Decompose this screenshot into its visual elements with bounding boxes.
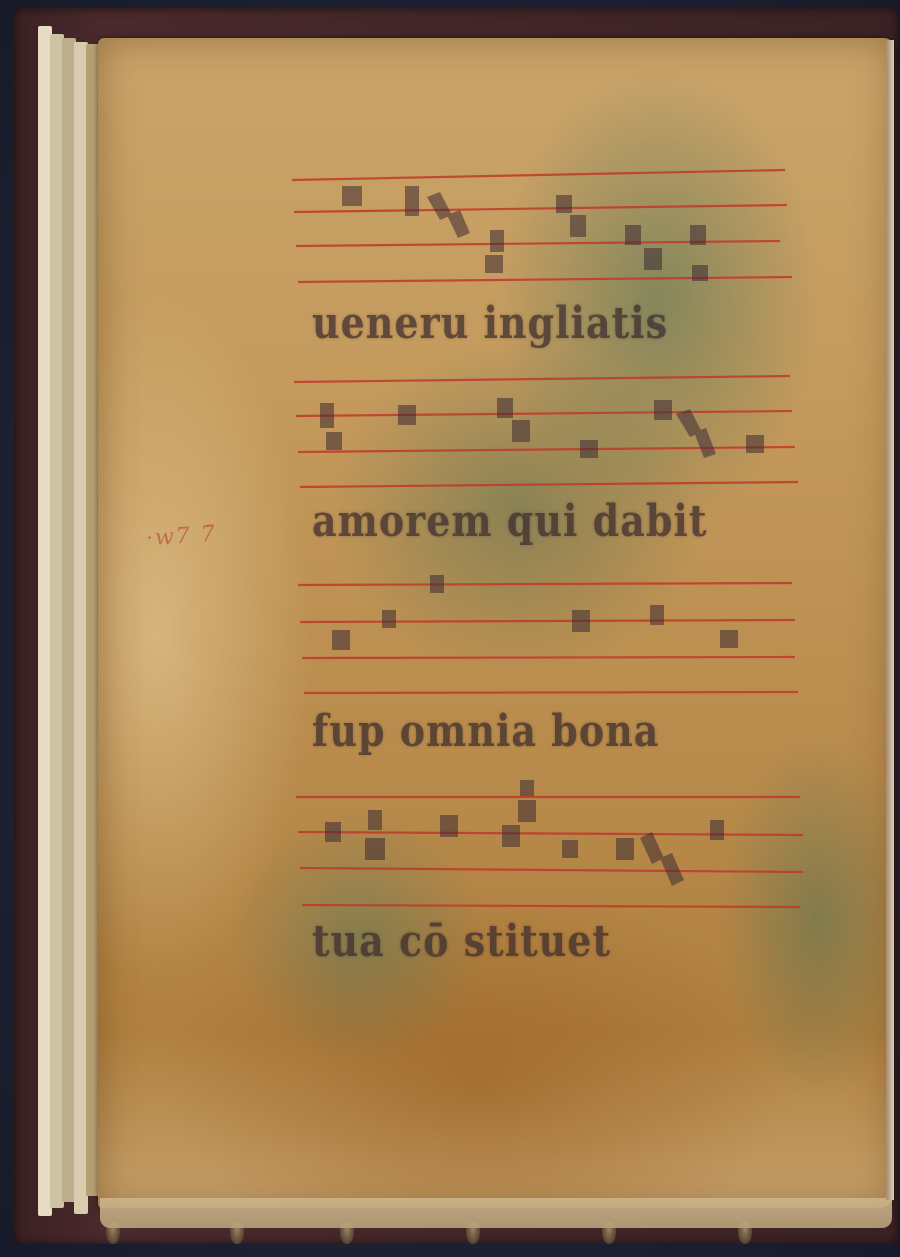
- leaf-bottom-edge: [100, 1198, 892, 1228]
- leaf-right-edge: [886, 40, 894, 1200]
- lyric-line-3: fup omnia bona: [312, 705, 659, 757]
- lyric-line-1: ueneru ingliatis: [312, 297, 668, 349]
- lyric-line-2: amorem qui dabit: [312, 495, 707, 547]
- parchment-leaf: [98, 38, 894, 1208]
- margin-annotation: ·w7 7̄: [145, 522, 217, 552]
- lyric-line-4: tua cō stituet: [312, 915, 611, 967]
